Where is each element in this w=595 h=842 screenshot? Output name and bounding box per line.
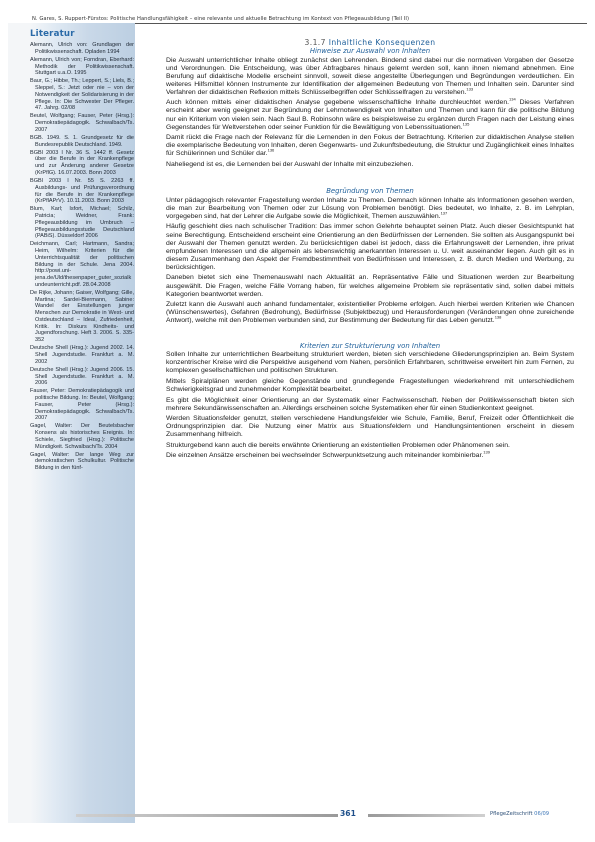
reference-item: BGBl 2003 I Nr. 55 S. 2263 ff. Ausbildun… [30,178,134,205]
footer-rule [368,814,485,817]
footnote-ref: 139 [483,450,490,455]
reference-item: Beutel, Wolfgang; Fauser, Peter (Hrsg.):… [30,113,134,133]
footnote-ref: 136 [268,148,275,153]
reference-item: De Rijke, Johann; Gaiser, Wolfgang; Gill… [30,290,134,344]
section-heading: 3.1.7 Inhaltliche Konsequenzen [166,38,574,47]
paragraph: Naheliegend ist es, die Lernenden bei de… [166,161,574,169]
footnote-ref: 133 [466,87,473,92]
footnote-ref: 138 [495,315,502,320]
paragraph: Die Auswahl unterrichtlicher Inhalte obl… [166,57,574,97]
reference-list: Alemann, Ulrich von: Grundlagen der Poli… [30,42,134,472]
paragraph: Daneben bietet sich eine Themenauswahl n… [166,274,574,298]
paragraph: Auch können mittels einer didaktischen A… [166,99,574,131]
paragraph: Häufig geschieht dies nach schulischer T… [166,223,574,272]
footnote-ref: 135 [463,121,470,126]
reference-item: Gagel, Walter: Der lange Weg zur demokra… [30,452,134,472]
subheading-begruendung: Begründung von Themen [166,187,574,196]
section-title: Inhaltliche Konsequenzen [329,38,436,47]
subheading-auswahl: Hinweise zur Auswahl von Inhalten [166,47,574,56]
paragraph: Damit rückt die Frage nach der Relevanz … [166,134,574,158]
footnote-ref: 137 [441,211,448,216]
reference-item: Blum, Karl; Isfort, Michael; Schilz, Pat… [30,206,134,240]
paragraph: Sollen Inhalte zur unterrichtlichen Bear… [166,351,574,375]
reference-item: Fauser, Peter: Demokratiepädagogik und p… [30,388,134,422]
literature-sidebar: Literatur Alemann, Ulrich von: Grundlage… [8,23,135,823]
reference-item: Alemann, Ulrich von; Forndran, Eberhard:… [30,57,134,77]
footnote-ref: 134 [509,97,516,102]
reference-item: BGB. 1949. S. 1. Grundgesetz für die Bun… [30,135,134,149]
section-number: 3.1.7 [305,38,326,47]
reference-item: Gagel, Walter: Der Beutelsbacher Konsens… [30,423,134,450]
reference-item: BGBl 2003 I Nr. 36 S. 1442 ff. Gesetz üb… [30,150,134,177]
paragraph: Es gibt die Möglichkeit einer Orientieru… [166,397,574,413]
page-footer: 361 PflegeZeitschrift 06/09 [76,808,576,822]
reference-item: Deutsche Shell (Hrsg.): Jugend 2002. 14.… [30,345,134,365]
reference-item: Baur, G.; Hibbe, Th.; Leppert, S.; Liels… [30,78,134,112]
journal-name: PflegeZeitschrift 06/09 [490,811,549,817]
paragraph: Die einzelnen Ansätze erscheinen bei wec… [166,452,574,460]
footer-rule [76,814,338,817]
paragraph: Mittels Spiralplänen werden gleiche Gege… [166,378,574,394]
paragraph: Werden Situationsfelder genutzt, stellen… [166,415,574,439]
main-content: 3.1.7 Inhaltliche Konsequenzen Hinweise … [166,38,574,463]
paragraph: Zuletzt kann die Auswahl auch anhand fun… [166,301,574,325]
paragraph: Strukturgebend kann auch die bereits erw… [166,442,574,450]
subheading-strukturierung: Kriterien zur Strukturierung von Inhalte… [166,342,574,351]
issue-number: 06/09 [534,811,549,817]
reference-item: Deutsche Shell (Hrsg.): Jugend 2006. 15.… [30,367,134,387]
reference-item: Deichmann, Carl; Hartmann, Sandra; Heim,… [30,241,134,288]
reference-item: Alemann, Ulrich von: Grundlagen der Poli… [30,42,134,56]
sidebar-title: Literatur [30,29,134,39]
paragraph: Unter pädagogisch relevanter Fragestellu… [166,197,574,221]
page-number: 361 [340,809,356,818]
